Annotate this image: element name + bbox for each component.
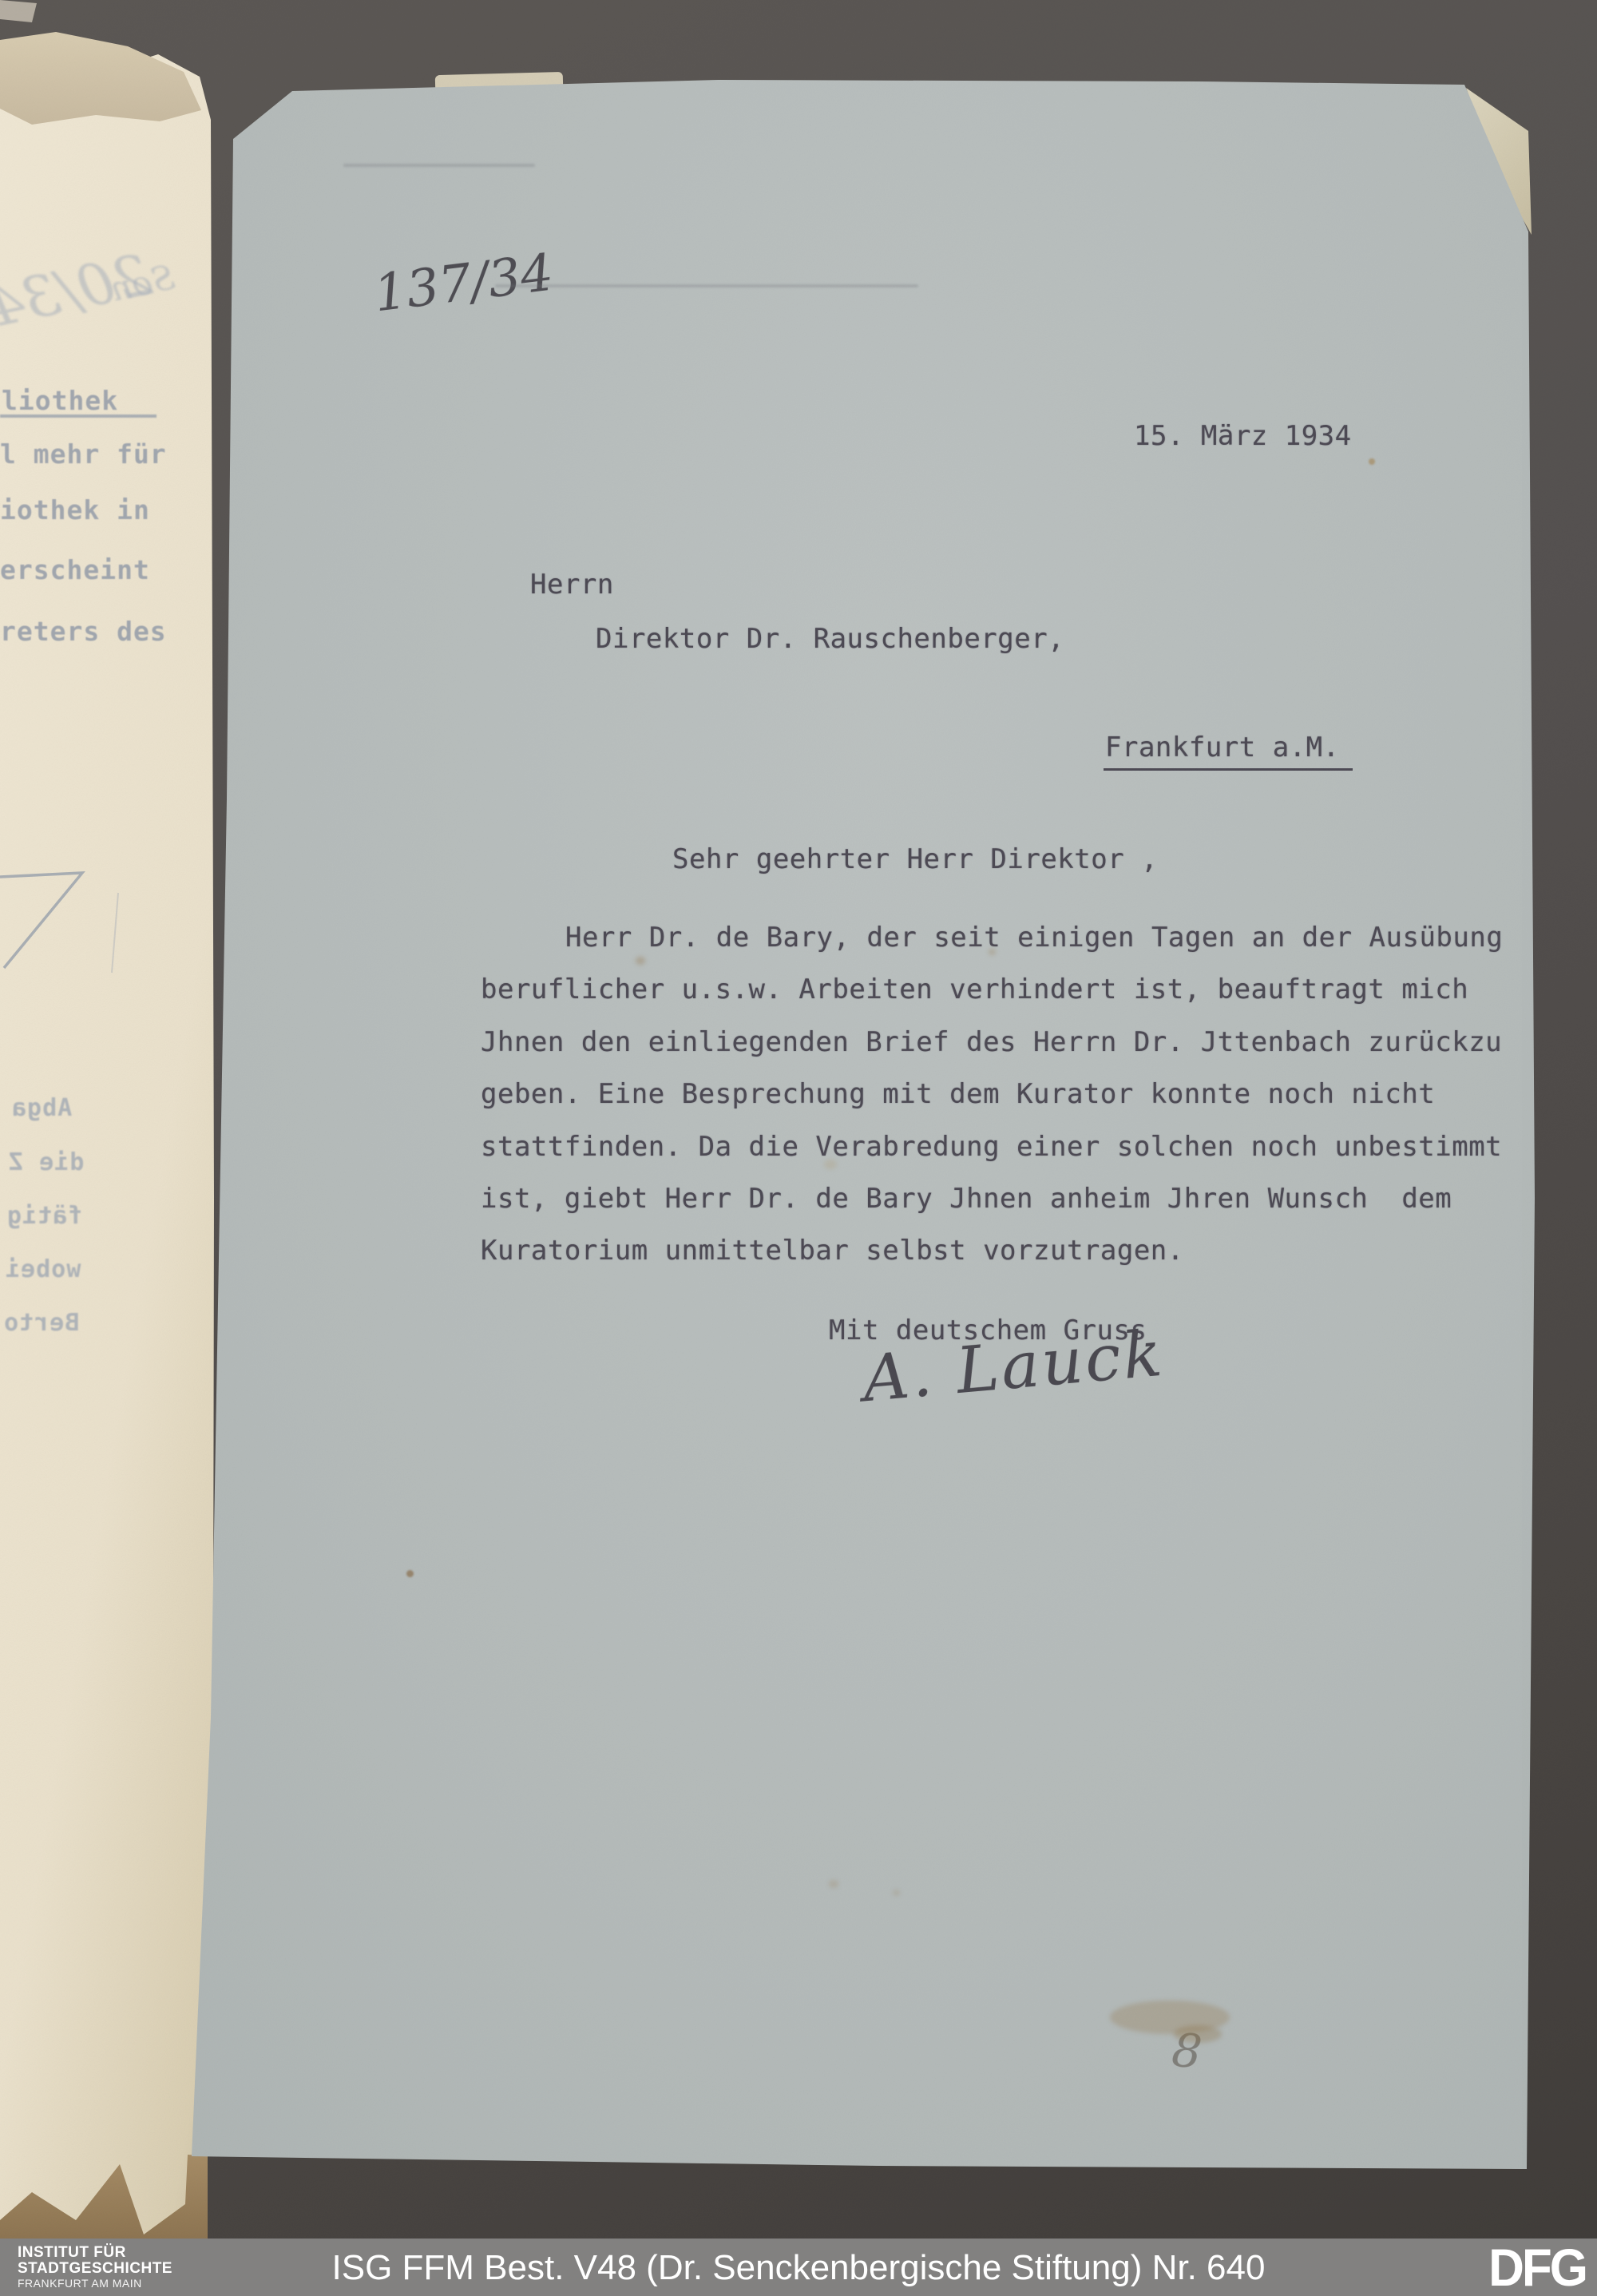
stain-spot bbox=[824, 1160, 837, 1169]
stain-spot bbox=[406, 1570, 414, 1577]
archival-number-handwritten: 137/34 bbox=[371, 244, 556, 324]
letter-date: 15. März 1934 bbox=[1134, 420, 1352, 452]
bleedthrough-fragment: erscheint bbox=[0, 554, 150, 585]
stain-spot bbox=[829, 1880, 838, 1888]
body-line: Herr Dr. de Bary, der seit einigen Tagen… bbox=[481, 912, 1543, 964]
body-line: ist, giebt Herr Dr. de Bary Jhnen anheim… bbox=[481, 1173, 1543, 1225]
body-line: Kuratorium unmittelbar selbst vorzutrage… bbox=[481, 1225, 1543, 1277]
letter-page: 137/34 15. März 1934 Herrn Direktor Dr. … bbox=[0, 0, 1597, 2296]
letter-body: Herr Dr. de Bary, der seit einigen Tagen… bbox=[481, 912, 1543, 1278]
signature-handwritten: A. Lauck bbox=[860, 1316, 1167, 1417]
mirrored-bleedthrough-fragment: fätig bbox=[6, 1202, 82, 1230]
bleedthrough-fragment: l mehr für bbox=[0, 438, 167, 470]
archive-footer-bar: INSTITUT FÜR STADTGESCHICHTE FRANKFURT A… bbox=[0, 2239, 1597, 2296]
bleedthrough-fragment: liothek bbox=[2, 385, 118, 416]
backing-sheet: liothek l mehr für iothek in erscheint r… bbox=[0, 0, 216, 2244]
recipient-prefix: Herrn bbox=[530, 569, 614, 601]
archival-reference-label: ISG FFM Best. V48 (Dr. Senckenbergische … bbox=[0, 2239, 1597, 2296]
body-line: Jhnen den einliegenden Brief des Herrn D… bbox=[481, 1017, 1543, 1069]
mirrored-bleedthrough-fragment: Berto bbox=[3, 1309, 79, 1337]
closing-phrase: Mit deutschem Gruss bbox=[829, 1315, 1147, 1346]
paper-scratch bbox=[495, 284, 918, 287]
fragment-underline bbox=[0, 414, 157, 418]
salutation: Sehr geehrter Herr Direktor , bbox=[672, 843, 1158, 875]
stain-spot bbox=[636, 957, 645, 965]
pencil-check-mark bbox=[0, 862, 136, 990]
torn-paper-scrap bbox=[0, 32, 201, 126]
bleedthrough-fragment: reters des bbox=[0, 616, 167, 647]
dfg-logo: DFG bbox=[1488, 2239, 1586, 2296]
pencil-page-number: 8 bbox=[1170, 2022, 1205, 2079]
body-line: beruflicher u.s.w. Arbeiten verhindert i… bbox=[481, 964, 1543, 1016]
stain-spot bbox=[893, 1890, 900, 1896]
paper-scratch bbox=[343, 164, 535, 167]
mirrored-bleedthrough-fragment: wobei bbox=[5, 1255, 81, 1283]
archival-scan-viewer: liothek l mehr für iothek in erscheint r… bbox=[0, 0, 1597, 2296]
stain-spot bbox=[1174, 2025, 1222, 2043]
mirrored-bleedthrough-fragment: die Z bbox=[8, 1148, 84, 1176]
stain-spot bbox=[1369, 458, 1375, 465]
recipient-name: Direktor Dr. Rauschenberger, bbox=[596, 623, 1064, 655]
paper-chip bbox=[0, 0, 37, 24]
stain-spot bbox=[989, 949, 996, 955]
mirrored-bleedthrough-fragment: Abga bbox=[11, 1094, 72, 1122]
stain-spot bbox=[1110, 2001, 1230, 2034]
body-line: stattfinden. Da die Verabredung einer so… bbox=[481, 1121, 1543, 1173]
body-line: geben. Eine Besprechung mit dem Kurator … bbox=[481, 1069, 1543, 1120]
bleedthrough-fragment: iothek in bbox=[0, 494, 150, 525]
recipient-city: Frankfurt a.M. bbox=[1104, 732, 1353, 771]
